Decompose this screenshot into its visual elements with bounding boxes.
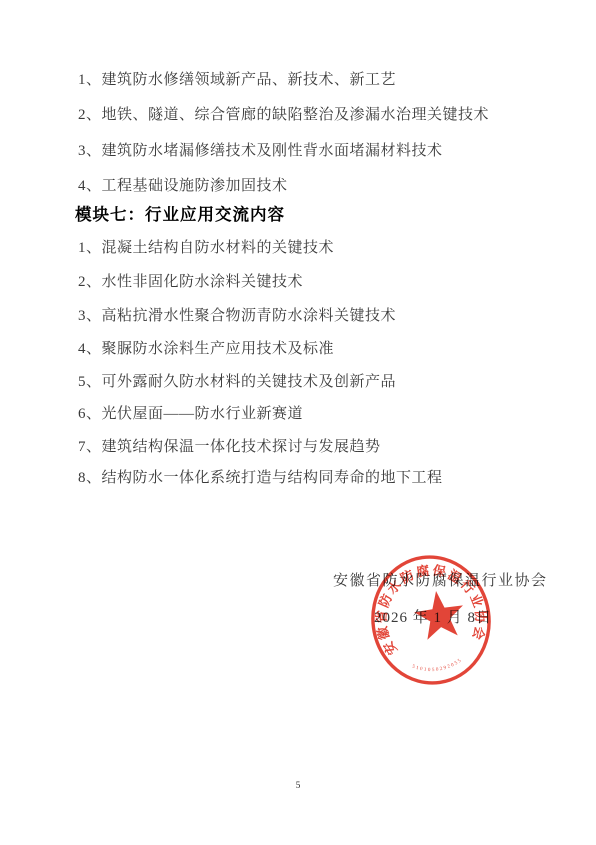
signature-date: 2026 年 1 月 8日 — [374, 606, 492, 627]
list-item: 2、水性非固化防水涂料关键技术 — [78, 270, 303, 291]
list-item: 3、高粘抗滑水性聚合物沥青防水涂料关键技术 — [78, 304, 396, 325]
list-item: 2、地铁、隧道、综合管廊的缺陷整治及渗漏水治理关键技术 — [78, 103, 489, 124]
page-number: 5 — [0, 781, 596, 791]
list-item: 8、结构防水一体化系统打造与结构同寿命的地下工程 — [78, 466, 443, 487]
list-item: 3、建筑防水堵漏修缮技术及刚性背水面堵漏材料技术 — [78, 139, 443, 160]
list-item: 4、聚脲防水涂料生产应用技术及标准 — [78, 337, 334, 358]
module-heading: 模块七：行业应用交流内容 — [75, 201, 285, 225]
list-item: 5、可外露耐久防水材料的关键技术及创新产品 — [78, 370, 396, 391]
list-item: 1、混凝土结构自防水材料的关键技术 — [78, 236, 334, 257]
seal-code: 5101050292055 — [411, 657, 465, 676]
list-item: 1、建筑防水修缮领域新产品、新技术、新工艺 — [78, 68, 396, 89]
list-item: 7、建筑结构保温一体化技术探讨与发展趋势 — [78, 435, 381, 456]
signature-org-name: 安徽省防水防腐保温行业协会 — [333, 569, 548, 590]
document-page: 1、建筑防水修缮领域新产品、新技术、新工艺 2、地铁、隧道、综合管廊的缺陷整治及… — [0, 0, 596, 845]
list-item: 4、工程基础设施防渗加固技术 — [78, 174, 288, 195]
list-item: 6、光伏屋面——防水行业新赛道 — [78, 402, 303, 423]
